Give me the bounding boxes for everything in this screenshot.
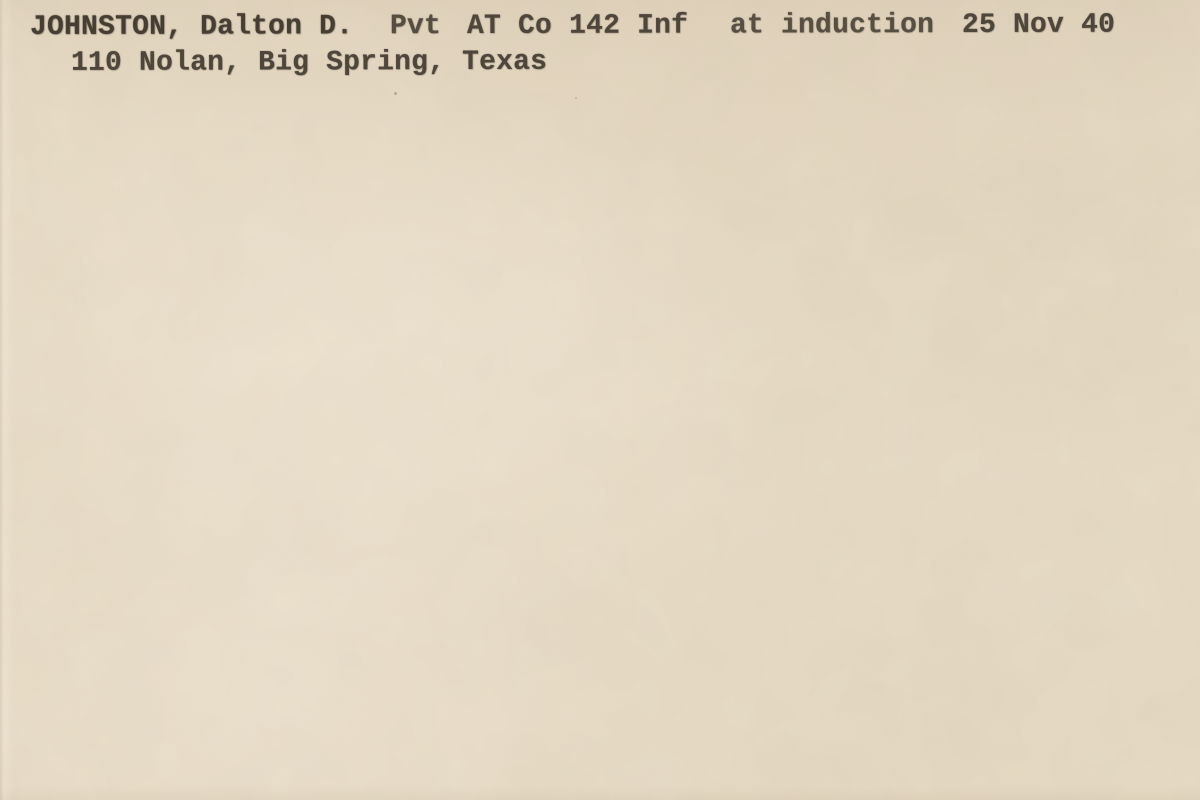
address-text: 110 Nolan, Big Spring, Texas bbox=[71, 45, 547, 82]
unit-text: AT Co 142 Inf bbox=[467, 9, 688, 45]
soldier-name-text: JOHNSTON, Dalton D. bbox=[30, 9, 353, 46]
paper-tone-overlay bbox=[0, 0, 1200, 800]
typed-line-address: 110 Nolan, Big Spring, Texas bbox=[0, 43, 1200, 86]
ink-speck bbox=[575, 97, 577, 99]
induction-note-text: at induction bbox=[730, 8, 934, 44]
scanned-index-card: JOHNSTON, Dalton D. Pvt AT Co 142 Inf at… bbox=[0, 0, 1200, 800]
ink-speck bbox=[394, 92, 397, 95]
paper-grain-texture bbox=[0, 0, 1200, 800]
rank-text: Pvt bbox=[390, 9, 441, 45]
induction-date-text: 25 Nov 40 bbox=[962, 8, 1115, 44]
